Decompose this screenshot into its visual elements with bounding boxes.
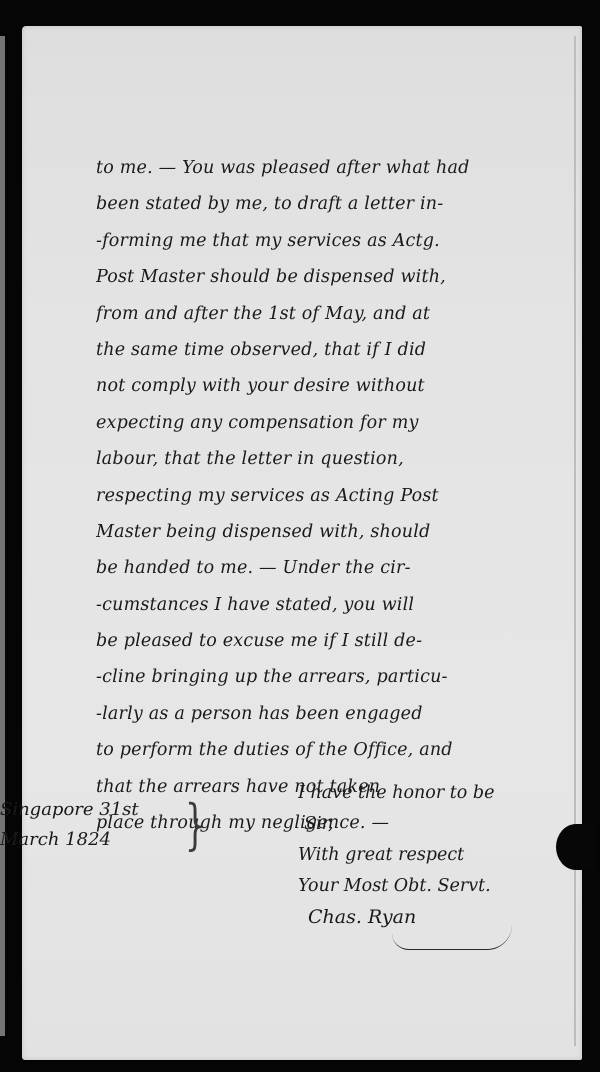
scanned-document-view: to me. — You was pleased after what had …	[0, 0, 600, 1072]
place-and-date: Singapore 31st March 1824	[0, 795, 139, 855]
adjacent-page-edge	[0, 36, 5, 1036]
body-line: been stated by me, to draft a letter in-	[96, 186, 576, 222]
closing-salutation: Sir,	[298, 809, 494, 840]
body-line: the same time observed, that if I did	[96, 332, 576, 368]
body-line: expecting any compensation for my	[96, 405, 576, 441]
body-line: -cline bringing up the arrears, particu-	[96, 659, 576, 695]
body-line: from and after the 1st of May, and at	[96, 296, 576, 332]
closing-respect-line: With great respect	[298, 840, 494, 871]
brace-mark: }	[185, 798, 206, 852]
body-line: be pleased to excuse me if I still de-	[96, 623, 576, 659]
date-line: March 1824	[0, 825, 139, 855]
body-line: to perform the duties of the Office, and	[96, 732, 576, 768]
body-line: respecting my services as Acting Post	[96, 478, 576, 514]
signature-flourish	[392, 925, 512, 950]
body-line: labour, that the letter in question,	[96, 441, 576, 477]
body-line: not comply with your desire without	[96, 368, 576, 404]
body-line: be handed to me. — Under the cir-	[96, 550, 576, 586]
letter-closing: I have the honor to be Sir, With great r…	[298, 778, 494, 933]
body-line: -larly as a person has been engaged	[96, 696, 576, 732]
body-line: Post Master should be dispensed with,	[96, 259, 576, 295]
body-line: -forming me that my services as Actg.	[96, 223, 576, 259]
letter-body: to me. — You was pleased after what had …	[96, 150, 576, 841]
body-line: -cumstances I have stated, you will	[96, 587, 576, 623]
closing-honor-line: I have the honor to be	[298, 778, 494, 809]
closing-servant-line: Your Most Obt. Servt.	[298, 871, 494, 902]
body-line: Master being dispensed with, should	[96, 514, 576, 550]
body-line: to me. — You was pleased after what had	[96, 150, 576, 186]
place-line: Singapore 31st	[0, 795, 139, 825]
